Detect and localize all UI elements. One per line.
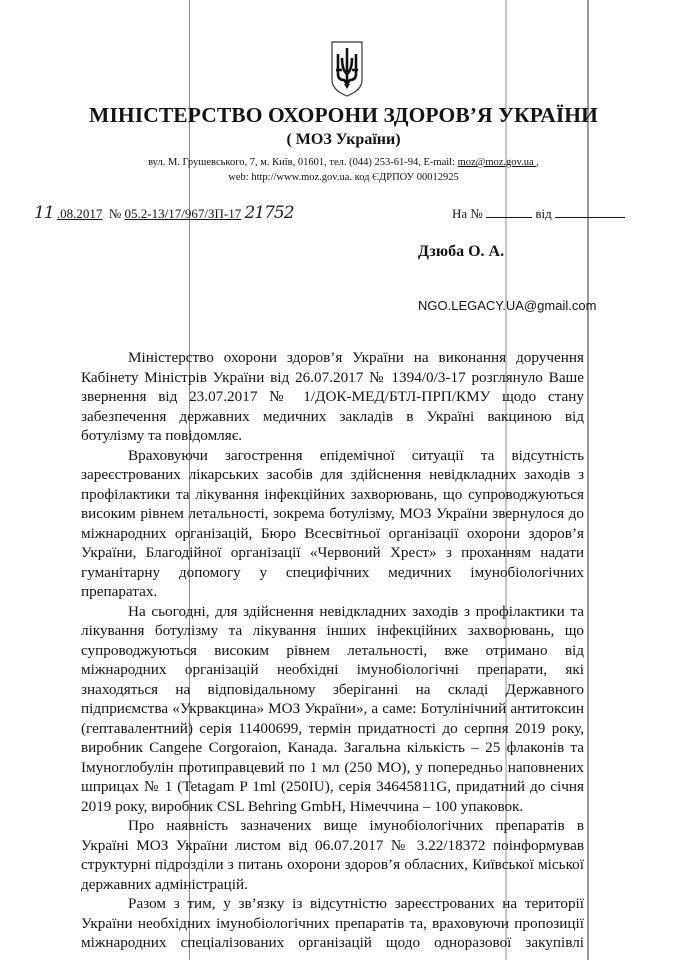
paragraph: На сьогодні, для здійснення невідкладних…	[81, 602, 584, 817]
outgoing-reference: 11 .08.2017 № 05.2-13/17/967/ЗП-17 21752	[34, 203, 294, 223]
recipient-email: NGO.LEGACY.UA@gmail.com	[418, 298, 596, 313]
number-label: №	[109, 206, 121, 221]
address-text: вул. М. Грушевського, 7, м. Київ, 01601,…	[148, 157, 458, 168]
reply-date-blank	[555, 207, 625, 218]
ministry-address: вул. М. Грушевського, 7, м. Київ, 01601,…	[0, 155, 687, 185]
handwritten-number: 21752	[244, 203, 293, 223]
address-web-line: web: http://www.moz.gov.ua. код ЄДРПОУ 0…	[0, 170, 687, 185]
letter-body: Міністерство охорони здоров’я України на…	[81, 348, 584, 953]
ukraine-coat-of-arms-icon	[330, 40, 364, 98]
letter-date: .08.2017	[57, 206, 103, 221]
reply-number-blank	[486, 207, 532, 218]
paragraph: Міністерство охорони здоров’я України на…	[81, 348, 584, 446]
ministry-email-link[interactable]: moz@moz.gov.ua	[458, 157, 537, 168]
ministry-title: МІНІСТЕРСТВО ОХОРОНИ ЗДОРОВ’Я УКРАЇНИ	[0, 103, 687, 128]
paragraph: Про наявність зазначених вище імунобіоло…	[81, 816, 584, 894]
paragraph: Разом з тим, у зв’язку із відсутністю за…	[81, 894, 584, 953]
paragraph: Враховуючи загострення епідемічної ситуа…	[81, 446, 584, 602]
incoming-reference: На № від	[452, 206, 625, 222]
ministry-abbreviation: ( МОЗ України)	[0, 131, 687, 149]
letter-number: 05.2-13/17/967/ЗП-17	[125, 206, 242, 221]
reply-to-label: На №	[452, 206, 483, 221]
recipient-name: Дзюба О. А.	[418, 243, 504, 261]
handwritten-day: 11	[34, 203, 54, 223]
reply-from-label: від	[535, 206, 551, 221]
